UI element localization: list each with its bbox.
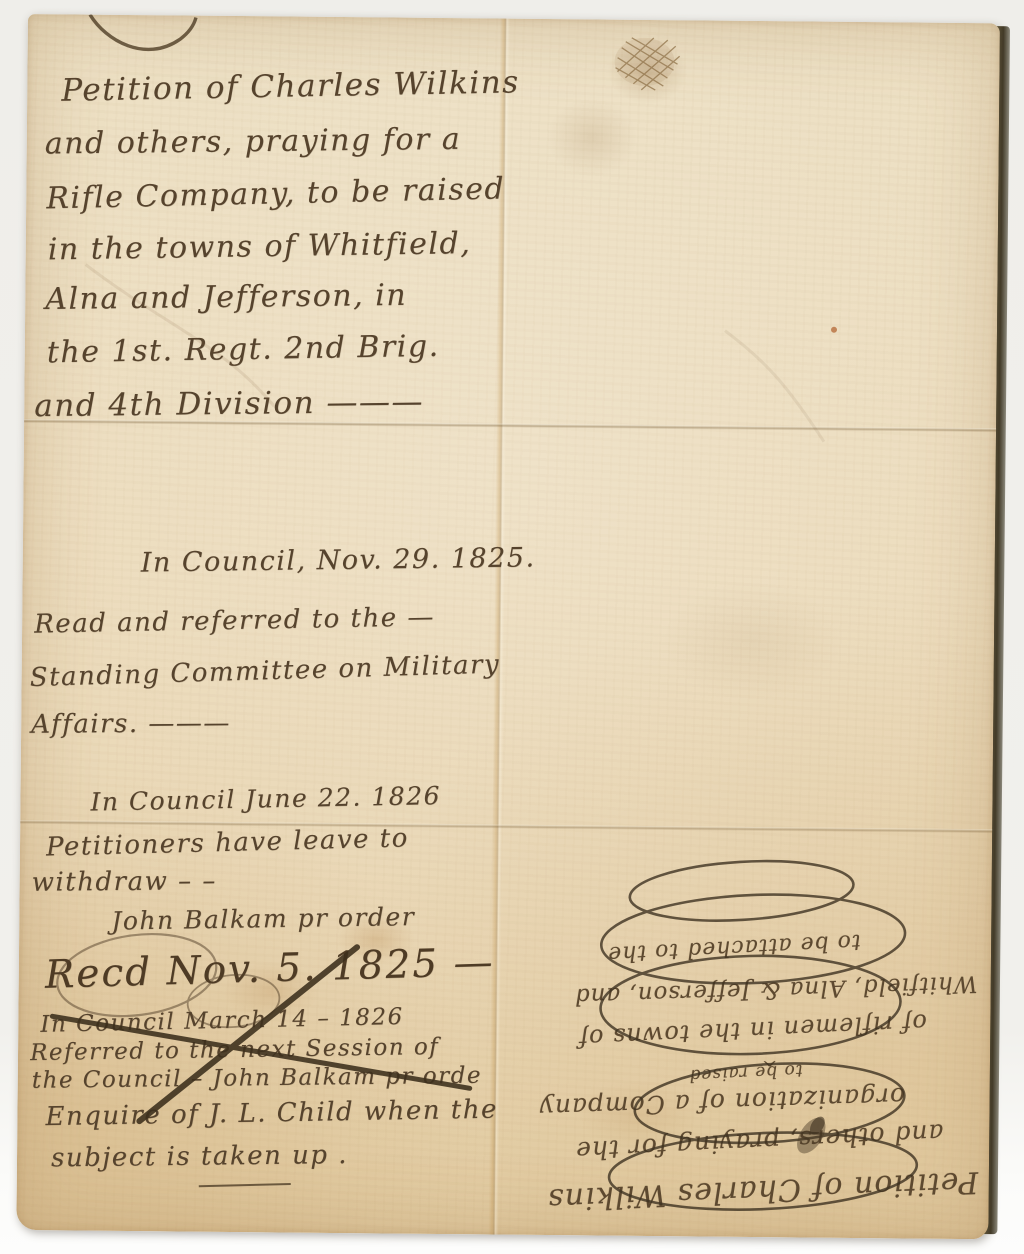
title-line: Alna and Jefferson, in	[45, 278, 407, 317]
memo-line: Enquire of J. L. Child when the	[45, 1095, 498, 1132]
title-line: and 4th Division ———	[34, 384, 424, 424]
ink-stain	[661, 580, 842, 702]
inverted-line: Petition of Charles Wilkins	[506, 1164, 979, 1218]
council-1826-line: withdraw – –	[32, 866, 217, 897]
crossed-out-line: the Council – John Balkam pr orde	[32, 1063, 482, 1094]
council-1826-signature: John Balkam pr order	[111, 902, 415, 936]
council-1825-line: Read and referred to the —	[34, 602, 435, 639]
council-1826-heading: In Council June 22. 1826	[90, 781, 441, 816]
title-line: in the towns of Whitfield,	[48, 226, 472, 267]
memo-line: subject is taken up .	[51, 1140, 348, 1173]
council-1825-heading: In Council, Nov. 29. 1825.	[141, 542, 536, 578]
inverted-line: and others, praying for the	[505, 1118, 944, 1169]
ink-stain	[831, 327, 837, 333]
ink-stain	[546, 97, 637, 178]
memo-underline	[199, 1183, 291, 1187]
received-note: Recd Nov. 5. 1825 —	[44, 940, 495, 998]
inverted-line: Whitfield, Alna & Jefferson, and	[503, 970, 978, 1011]
council-1826-line: Petitioners have leave to	[46, 823, 409, 862]
crossed-out-line: Referred to the next Session of	[30, 1034, 440, 1066]
ink-stain	[607, 38, 688, 105]
title-line: Petition of Charles Wilkins	[61, 64, 520, 108]
council-1825-line: Affairs. ———	[31, 708, 231, 740]
manuscript-page: Petition of Charles Wilkins and others, …	[16, 14, 1000, 1239]
photographed-document: Petition of Charles Wilkins and others, …	[0, 0, 1024, 1254]
council-1825-line: Standing Committee on Military	[29, 650, 500, 694]
inverted-line: to be attached to the	[503, 929, 862, 972]
title-line: and others, praying for a	[45, 122, 462, 162]
pen-flourish	[90, 15, 196, 50]
inverted-draft-endorsement: Petition of Charles Wilkins and others, …	[502, 853, 985, 1216]
title-line: the 1st. Regt. 2nd Brig.	[47, 329, 440, 371]
crossed-out-line: In Council March 14 – 1826	[40, 1004, 404, 1038]
title-line: Rifle Company, to be raised	[46, 171, 506, 216]
